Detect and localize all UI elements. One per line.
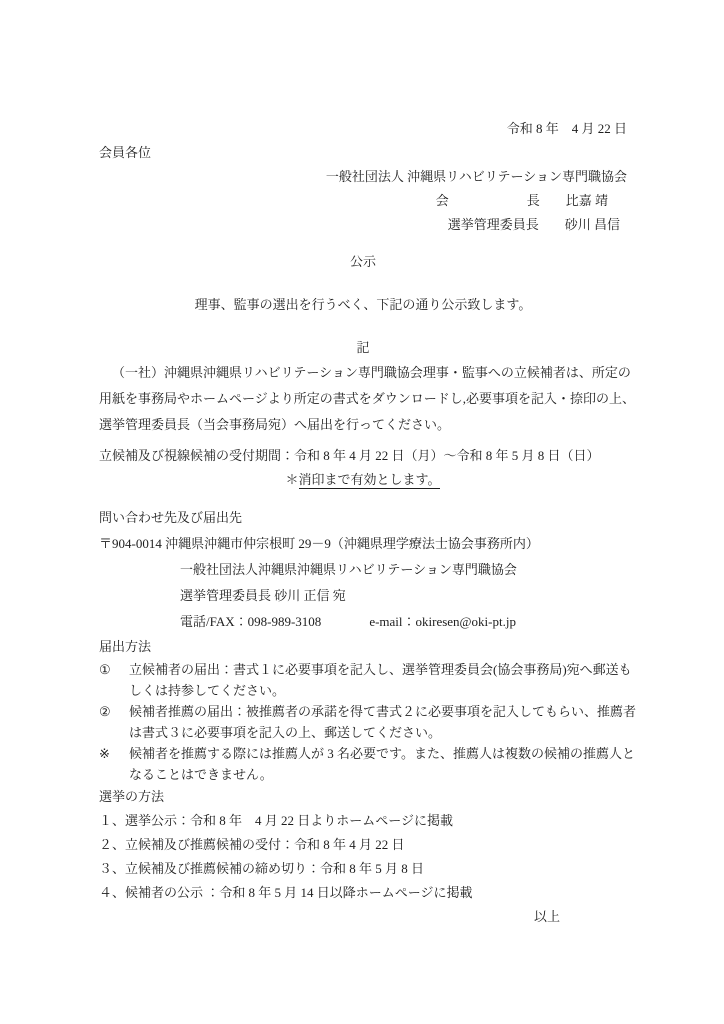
- email-address: e-mail：okiresen@oki-pt.jp: [369, 614, 516, 629]
- contact-org: 一般社団法人沖縄県沖縄県リハビリテーション専門職協会: [180, 557, 627, 583]
- method-note-text: 候補者を推薦する際には推薦人が 3 名必要です。また、推薦人は複数の候補の推薦人…: [129, 743, 635, 785]
- contact-section: 問い合わせ先及び届出先 〒904-0014 沖縄県沖縄市仲宗根町 29－9（沖縄…: [99, 505, 627, 635]
- contact-address: 〒904-0014 沖縄県沖縄市仲宗根町 29－9（沖縄県理学療法士協会事務所内…: [99, 531, 627, 557]
- president-signature: 会 長 比嘉 靖: [99, 189, 627, 213]
- election-item-1: １、選挙公示：令和 8 年 4 月 22 日よりホームページに掲載: [99, 809, 627, 833]
- document-content: 令和 8 年 4 月 22 日 会員各位 一般社団法人 沖縄県リハビリテーション…: [0, 0, 724, 929]
- org-name: 一般社団法人 沖縄県リハビリテーション専門職協会: [99, 165, 627, 189]
- method-item-line: しくは持参してください。: [129, 680, 632, 701]
- signature-block: 一般社団法人 沖縄県リハビリテーション専門職協会 会 長 比嘉 靖 選挙管理委員…: [99, 165, 627, 237]
- method-note-line: なることはできません。: [129, 764, 635, 785]
- contact-attention: 選挙管理委員長 砂川 正信 宛: [180, 583, 627, 609]
- contact-telfax-email: 電話/FAX：098-989-3108e-mail：okiresen@oki-p…: [180, 609, 627, 635]
- election-section: 選挙の方法 １、選挙公示：令和 8 年 4 月 22 日よりホームページに掲載 …: [99, 785, 627, 905]
- circled-1-marker: ①: [99, 659, 116, 701]
- election-item-3: ３、立候補及び推薦候補の締め切り：令和 8 年 5 月 8 日: [99, 857, 627, 881]
- postmark-asterisk: ＊: [286, 472, 299, 487]
- postmark-underlined-text: 消印まで有効とします。: [299, 472, 441, 489]
- intro-line: （一社）沖縄県沖縄県リハビリテーション専門職協会理事・監事への立候補者は、所定の: [99, 360, 627, 386]
- circled-2-marker: ②: [99, 701, 116, 743]
- election-item-2: ２、立候補及び推薦候補の受付：令和 8 年 4 月 22 日: [99, 833, 627, 857]
- record-marker: 記: [99, 336, 627, 360]
- method-item-text: 候補者推薦の届出：被推薦者の承諾を得て書式２に必要事項を記入してもらい、推薦者 …: [129, 701, 636, 743]
- acceptance-period: 立候補及び視線候補の受付期間：令和 8 年 4 月 22 日（月）～令和 8 年…: [99, 444, 627, 468]
- election-heading: 選挙の方法: [99, 785, 627, 809]
- method-item-2: ② 候補者推薦の届出：被推薦者の承諾を得て書式２に必要事項を記入してもらい、推薦…: [99, 701, 627, 743]
- method-item-1: ① 立候補者の届出：書式１に必要事項を記入し、選挙管理委員会(協会事務局)宛へ郵…: [99, 659, 627, 701]
- method-heading: 届出方法: [99, 635, 627, 659]
- closing-marker: 以上: [99, 905, 627, 929]
- telfax-number: 電話/FAX：098-989-3108: [180, 614, 321, 629]
- intro-paragraph: （一社）沖縄県沖縄県リハビリテーション専門職協会理事・監事への立候補者は、所定の…: [99, 360, 627, 438]
- contact-indented-block: 一般社団法人沖縄県沖縄県リハビリテーション専門職協会 選挙管理委員長 砂川 正信…: [180, 557, 627, 635]
- notice-title: 公示: [99, 250, 627, 274]
- method-section: 届出方法 ① 立候補者の届出：書式１に必要事項を記入し、選挙管理委員会(協会事務…: [99, 635, 627, 785]
- method-item-line: は書式３に必要事項を記入の上、郵送してください。: [129, 722, 636, 743]
- reference-mark: ※: [99, 743, 116, 785]
- method-note-line: 候補者を推薦する際には推薦人が 3 名必要です。また、推薦人は複数の候補の推薦人…: [129, 743, 635, 764]
- notice-statement: 理事、監事の選出を行うべく、下記の通り公示致します。: [99, 293, 627, 317]
- salutation: 会員各位: [99, 141, 627, 165]
- method-note: ※ 候補者を推薦する際には推薦人が 3 名必要です。また、推薦人は複数の候補の推…: [99, 743, 627, 785]
- election-chair-signature: 選挙管理委員長 砂川 昌信: [99, 213, 627, 237]
- postmark-note: ＊消印まで有効とします。: [99, 468, 627, 492]
- intro-line: 選挙管理委員長（当会事務局宛）へ届出を行ってください。: [99, 412, 627, 438]
- intro-line: 用紙を事務局やホームページより所定の書式をダウンロードし,必要事項を記入・捺印の…: [99, 386, 627, 412]
- election-item-4: ４、候補者の公示 ：令和 8 年 5 月 14 日以降ホームページに掲載: [99, 881, 627, 905]
- method-item-text: 立候補者の届出：書式１に必要事項を記入し、選挙管理委員会(協会事務局)宛へ郵送も…: [129, 659, 632, 701]
- contact-heading: 問い合わせ先及び届出先: [99, 505, 627, 531]
- method-item-line: 立候補者の届出：書式１に必要事項を記入し、選挙管理委員会(協会事務局)宛へ郵送も: [129, 659, 632, 680]
- method-item-line: 候補者推薦の届出：被推薦者の承諾を得て書式２に必要事項を記入してもらい、推薦者: [129, 701, 636, 722]
- issue-date: 令和 8 年 4 月 22 日: [99, 117, 627, 141]
- document-page: 令和 8 年 4 月 22 日 会員各位 一般社団法人 沖縄県リハビリテーション…: [0, 0, 724, 1024]
